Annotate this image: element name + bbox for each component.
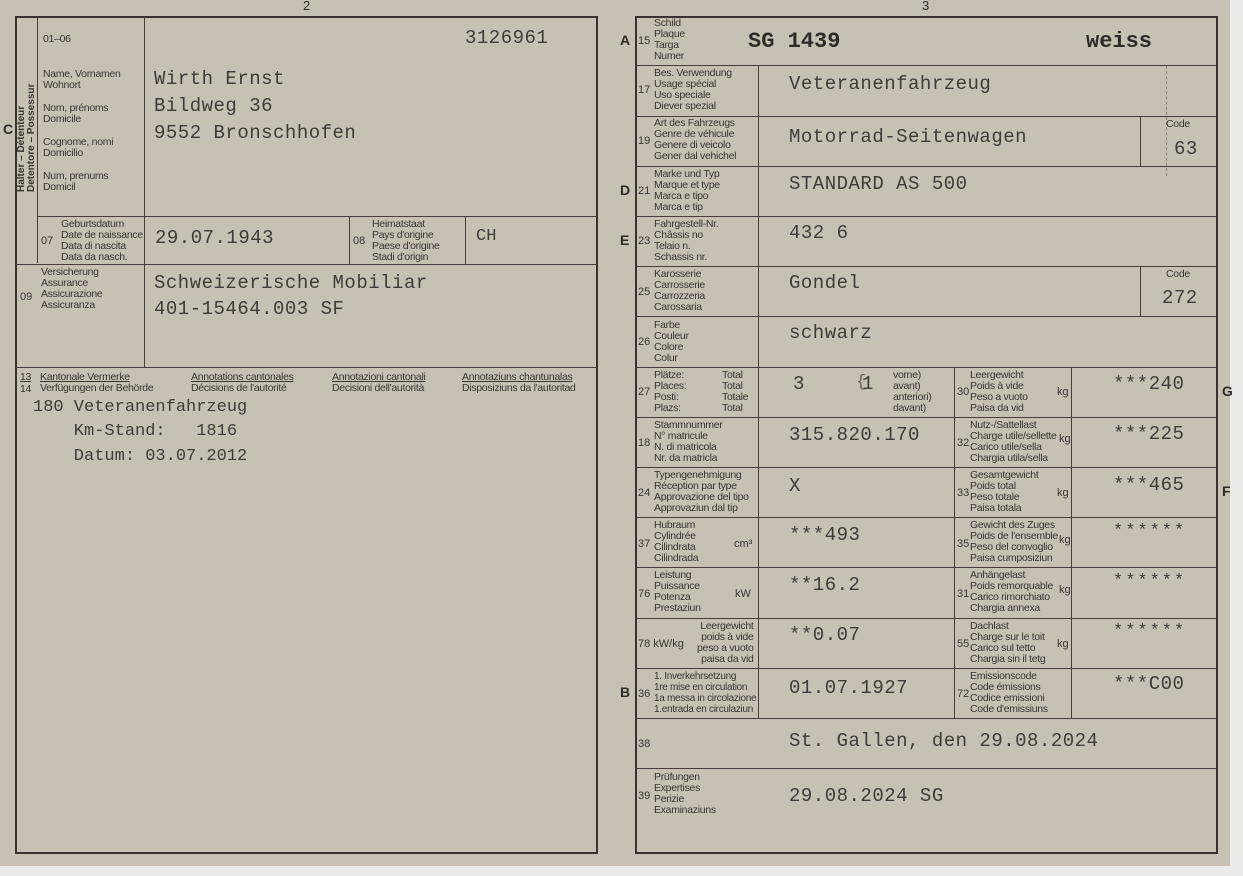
field-number-14: 14 xyxy=(20,384,31,395)
label: Paisa cumposiziun xyxy=(970,553,1058,564)
label: Gener dal vehichel xyxy=(654,151,736,162)
empty-weight-value: ***240 xyxy=(1113,373,1184,395)
issue-place-date: St. Gallen, den 29.08.2024 xyxy=(789,730,1098,752)
insurer-name: Schweizerische Mobiliar xyxy=(154,272,428,294)
master-number-labels: Stammnummer N° matricule N. di matricola… xyxy=(654,420,722,464)
field-number-76: 76 xyxy=(638,588,650,600)
annotation-entry: 180 Veteranenfahrzeug xyxy=(33,398,247,417)
section-letter-g: G xyxy=(1222,383,1233,399)
field-number-25: 25 xyxy=(638,286,650,298)
divider xyxy=(37,17,38,263)
label: Domicilio xyxy=(43,148,121,159)
chassis-labels: Fahrgestell-Nr. Châssis no Telaio n. Sch… xyxy=(654,219,718,263)
label: Stadi d'origin xyxy=(372,252,440,263)
field-number-38: 38 xyxy=(638,738,650,750)
roof-load-value: ****** xyxy=(1113,622,1186,641)
towing-capacity-labels: Anhängelast Poids remorquable Carico rim… xyxy=(970,570,1053,614)
vehicle-type-code: 63 xyxy=(1174,138,1198,160)
unit-kg: kg xyxy=(1059,534,1071,546)
document-number: 3126961 xyxy=(465,27,548,49)
origin-value: CH xyxy=(476,227,496,246)
section-letter-c: C xyxy=(3,121,13,137)
label: 1. Inverkehrsetzung xyxy=(654,671,756,682)
seats-labels: Plätze: Places: Posti: Plazs: xyxy=(654,370,686,414)
label: 1a messa in circolazione xyxy=(654,693,756,704)
power-weight-value: **0.07 xyxy=(789,624,860,646)
code-label: Code xyxy=(1166,269,1190,280)
divider xyxy=(15,264,597,265)
unit-kw: kW xyxy=(735,588,751,600)
seats-front-value: 1 xyxy=(862,373,874,395)
label: Verfügungen der Behörde xyxy=(40,383,153,394)
field-number-33: 33 xyxy=(957,487,969,499)
unit-cm3: cm³ xyxy=(734,538,752,550)
annotation-header-de: Kantonale Vermerke Verfügungen der Behör… xyxy=(40,372,153,394)
field-number-35: 35 xyxy=(957,538,969,550)
field-number-09: 09 xyxy=(20,291,32,303)
power-weight-labels: Leergewicht poids à vide peso a vuoto pa… xyxy=(697,621,754,665)
field-number-32: 32 xyxy=(957,437,969,449)
label: Paisa da vid xyxy=(970,403,1028,414)
field-number-08: 08 xyxy=(353,235,365,247)
label: Decisioni dell'autorità xyxy=(332,383,426,394)
field-number-17: 17 xyxy=(638,84,650,96)
color-value: schwarz xyxy=(789,322,872,344)
inspections-labels: Prüfungen Expertises Perizie Examinaziun… xyxy=(654,772,716,816)
page-number-right: 3 xyxy=(922,0,929,13)
birthdate-labels: Geburtsdatum Date de naissance Data di n… xyxy=(61,219,143,263)
section-letter-f: F xyxy=(1222,483,1231,499)
body-value: Gondel xyxy=(789,272,860,294)
divider xyxy=(1140,116,1141,166)
section-letter-e: E xyxy=(620,232,629,248)
field-number-37: 37 xyxy=(638,538,650,550)
insurance-labels: Versicherung Assurance Assicurazione Ass… xyxy=(41,267,102,311)
field-number-30: 30 xyxy=(957,386,969,398)
label: Chargia utila/sella xyxy=(970,453,1057,464)
label: Approvaziun dal tip xyxy=(654,503,749,514)
field-number-07: 07 xyxy=(41,235,53,247)
registration-document: 2 3 C Halter – Détenteur Detentore – Pos… xyxy=(0,0,1230,866)
section-letter-b: B xyxy=(620,684,630,700)
divider xyxy=(758,65,759,718)
holder-street: Bildweg 36 xyxy=(154,95,273,117)
birthdate-value: 29.07.1943 xyxy=(155,227,274,249)
inspection-value: 29.08.2024 SG xyxy=(789,785,944,807)
field-number-21: 21 xyxy=(638,185,650,197)
vehicle-type-labels: Art des Fahrzeugs Genre de véhicule Gene… xyxy=(654,118,736,162)
first-registration-labels: 1. Inverkehrsetzung 1re mise en circulat… xyxy=(654,671,756,715)
power-labels: Leistung Puissance Potenza Prestaziun xyxy=(654,570,701,614)
first-registration-value: 01.07.1927 xyxy=(789,677,908,699)
seats-front-labels: vorne) avant) anteriori) davant) xyxy=(893,370,931,414)
label: Data da nasch. xyxy=(61,252,143,263)
label: Wohnort xyxy=(43,80,121,91)
vehicle-type-value: Motorrad-Seitenwagen xyxy=(789,126,1027,148)
label: Domicile xyxy=(43,114,121,125)
plate-labels: Schild Plaque Targa Numer xyxy=(654,18,685,62)
color-labels: Farbe Couleur Colore Colur xyxy=(654,320,689,364)
field-number-78: 78 kW/kg xyxy=(638,638,684,650)
displacement-value: ***493 xyxy=(789,524,860,546)
label: Colur xyxy=(654,353,689,364)
divider xyxy=(636,618,1217,619)
plate-number: SG 1439 xyxy=(748,29,840,54)
field-number-15: 15 xyxy=(638,35,650,47)
section-letter-d: D xyxy=(620,182,630,198)
divider xyxy=(636,417,1217,418)
divider xyxy=(144,17,145,367)
train-weight-labels: Gewicht des Zuges Poids de l'ensemble Pe… xyxy=(970,520,1058,564)
holder-name: Wirth Ernst xyxy=(154,68,285,90)
train-weight-value: ****** xyxy=(1113,522,1186,541)
master-number-value: 315.820.170 xyxy=(789,424,920,446)
divider xyxy=(37,216,597,217)
label: Plazs: xyxy=(654,403,686,414)
unit-kg: kg xyxy=(1057,487,1069,499)
code-label: Code xyxy=(1166,119,1190,130)
label: Domicil xyxy=(43,182,121,193)
make-model-labels: Marke und Typ Marque et type Marca e tip… xyxy=(654,169,720,213)
field-number-18: 18 xyxy=(638,437,650,449)
divider xyxy=(636,316,1217,317)
label: Décisions de l'autorité xyxy=(191,383,294,394)
field-number-36: 36 xyxy=(638,688,650,700)
field-number-13: 13 xyxy=(20,372,31,383)
label: Prestaziun xyxy=(654,603,701,614)
label: Schassis nr. xyxy=(654,252,718,263)
field-number-01-06: 01–06 xyxy=(43,34,71,45)
field-number-55: 55 xyxy=(957,638,969,650)
label: Chargia annexa xyxy=(970,603,1053,614)
divider xyxy=(349,216,350,264)
total-weight-value: ***465 xyxy=(1113,474,1184,496)
chassis-value: 432 6 xyxy=(789,222,849,244)
total-weight-labels: Gesamtgewicht Poids total Peso totale Pa… xyxy=(970,470,1038,514)
holder-vertical-label-2: Detentore – Possessur xyxy=(27,84,37,192)
label: davant) xyxy=(893,403,931,414)
annotation-header-fr: Annotations cantonales Décisions de l'au… xyxy=(191,372,294,394)
divider xyxy=(636,517,1217,518)
divider xyxy=(636,367,1217,368)
divider xyxy=(636,216,1217,217)
make-model-value: STANDARD AS 500 xyxy=(789,173,968,195)
label: Paisa totala xyxy=(970,503,1038,514)
unit-kg: kg xyxy=(1057,638,1069,650)
label: Nr. da matricla xyxy=(654,453,722,464)
divider xyxy=(636,567,1217,568)
field-number-72: 72 xyxy=(957,688,969,700)
divider xyxy=(636,166,1217,167)
divider xyxy=(1071,367,1072,718)
holder-city: 9552 Bronschhofen xyxy=(154,122,356,144)
divider xyxy=(1140,266,1141,316)
section-letter-a: A xyxy=(620,32,630,48)
field-number-24: 24 xyxy=(638,487,650,499)
label: Chargia sin il tetg xyxy=(970,654,1045,665)
holder-labels: Name, Vornamen Wohnort Nom, prénoms Domi… xyxy=(43,69,121,193)
body-code: 272 xyxy=(1162,287,1198,309)
emission-code-value: ***C00 xyxy=(1113,673,1184,695)
annotation-entry: Km-Stand: 1816 xyxy=(33,422,237,441)
annotation-header-it: Annotazioni cantonali Decisioni dell'aut… xyxy=(332,372,426,394)
label: Carossaria xyxy=(654,302,705,313)
annotation-header-rm: Annotaziuns chantunalas Disposiziuns da … xyxy=(462,372,576,394)
field-number-26: 26 xyxy=(638,336,650,348)
displacement-labels: Hubraum Cylindrée Cilindrata Cilindrada xyxy=(654,520,698,564)
type-approval-value: X xyxy=(789,475,801,497)
plate-color: weiss xyxy=(1086,29,1152,54)
unit-kg: kg xyxy=(1059,584,1071,596)
payload-labels: Nutz-/Sattellast Charge utile/sellette C… xyxy=(970,420,1057,464)
page-number-left: 2 xyxy=(303,0,310,13)
divider xyxy=(636,65,1217,66)
divider xyxy=(636,467,1217,468)
divider xyxy=(636,718,1217,719)
insurance-policy: 401-15464.003 SF xyxy=(154,298,344,320)
label: 1re mise en circulation xyxy=(654,682,756,693)
payload-value: ***225 xyxy=(1113,423,1184,445)
label: Numer xyxy=(654,51,685,62)
special-use-labels: Bes. Verwendung Usage spécial Uso specia… xyxy=(654,68,732,112)
label: Disposiziuns da l'autoritad xyxy=(462,383,576,394)
towing-capacity-value: ****** xyxy=(1113,572,1186,591)
type-approval-labels: Typengenehmigung Réception par type Appr… xyxy=(654,470,749,514)
origin-labels: Heimatstaat Pays d'origine Paese d'origi… xyxy=(372,219,440,263)
seats-total-labels: Total Total Totale Total xyxy=(722,370,748,414)
field-number-31: 31 xyxy=(957,588,969,600)
field-number-23: 23 xyxy=(638,235,650,247)
special-use-value: Veteranenfahrzeug xyxy=(789,73,991,95)
label: paisa da vid xyxy=(697,654,754,665)
divider xyxy=(636,768,1217,769)
annotation-entry: Datum: 03.07.2012 xyxy=(33,447,247,466)
label: Diever spezial xyxy=(654,101,732,112)
label: Marca e tip xyxy=(654,202,720,213)
label: Total xyxy=(722,403,748,414)
divider xyxy=(636,668,1217,669)
divider xyxy=(465,216,466,264)
divider xyxy=(954,367,955,718)
unit-kg: kg xyxy=(1057,386,1069,398)
field-number-19: 19 xyxy=(638,135,650,147)
power-value: **16.2 xyxy=(789,574,860,596)
label: Cilindrada xyxy=(654,553,698,564)
unit-kg: kg xyxy=(1059,433,1071,445)
label: 1.entrada en circulaziun xyxy=(654,704,756,715)
label: Code d'emissiuns xyxy=(970,704,1048,715)
field-number-39: 39 xyxy=(638,790,650,802)
field-number-27: 27 xyxy=(638,386,650,398)
divider xyxy=(15,367,597,368)
body-labels: Karosserie Carrosserie Carrozzeria Caros… xyxy=(654,269,705,313)
label: Examinaziuns xyxy=(654,805,716,816)
seats-total-value: 3 xyxy=(793,373,805,395)
roof-load-labels: Dachlast Charge sur le toit Carico sul t… xyxy=(970,621,1045,665)
divider xyxy=(636,266,1217,267)
label: Assicuranza xyxy=(41,300,102,311)
emission-code-labels: Emissionscode Code émissions Codice emis… xyxy=(970,671,1048,715)
empty-weight-labels: Leergewicht Poids à vide Peso a vuoto Pa… xyxy=(970,370,1028,414)
